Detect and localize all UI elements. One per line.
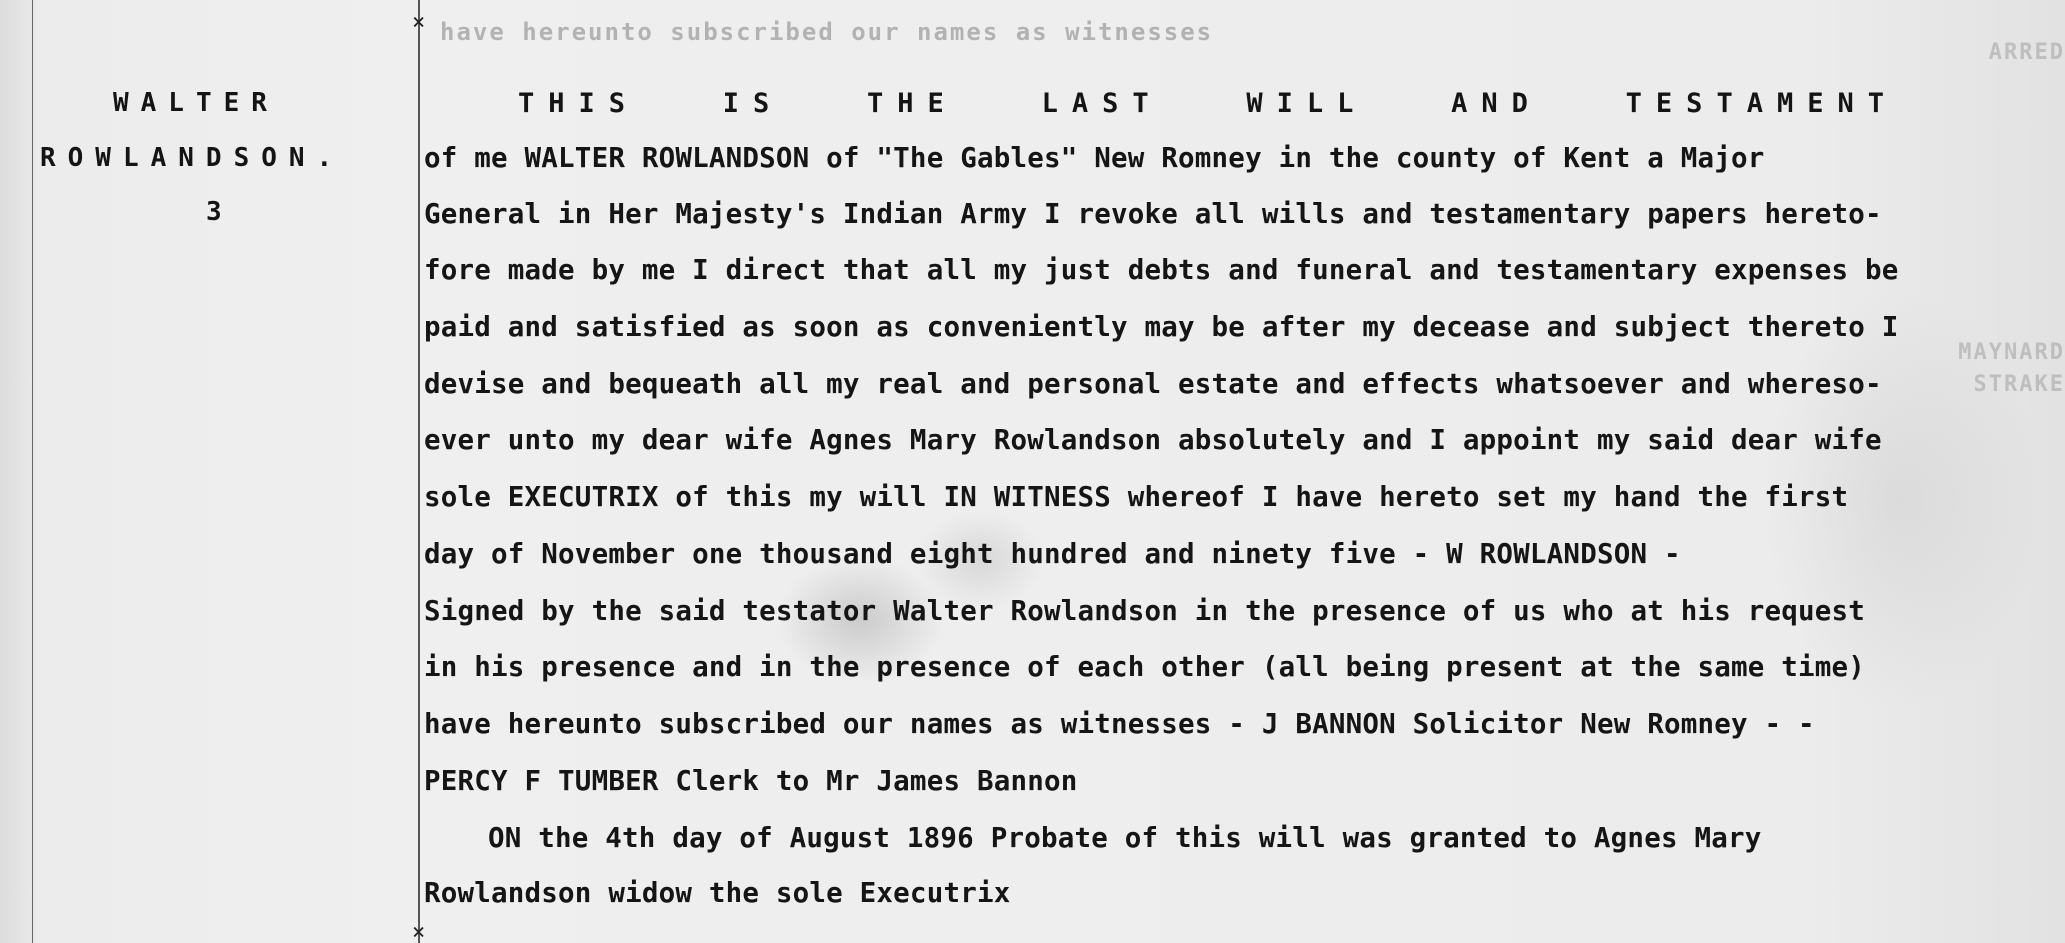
tick-mark-icon: ×	[412, 10, 425, 35]
heading-word: TESTAMENT	[1626, 88, 1898, 119]
bleed-through-text-top: have hereunto subscribed our names as wi…	[440, 18, 1213, 46]
will-text-line: PERCY F TUMBER Clerk to Mr James Bannon	[424, 765, 1078, 797]
will-text-line: General in Her Majesty's Indian Army I r…	[424, 198, 1882, 230]
heading-word: THIS	[518, 88, 639, 119]
will-text-line: sole EXECUTRIX of this my will IN WITNES…	[424, 481, 1848, 513]
margin-testator-first-name: WALTER	[113, 88, 279, 118]
margin-column-rule	[418, 0, 420, 943]
tick-mark-icon: ×	[412, 920, 425, 943]
will-text-line: day of November one thousand eight hundr…	[424, 538, 1681, 570]
probate-grant-line: Rowlandson widow the sole Executrix	[424, 877, 1010, 909]
margin-testator-surname: ROWLANDSON.	[40, 143, 344, 173]
heading-word: THE	[867, 88, 958, 119]
heading-word: IS	[723, 88, 784, 119]
will-text-line: fore made by me I direct that all my jus…	[424, 254, 1899, 286]
will-text-line: in his presence and in the presence of e…	[424, 651, 1865, 683]
bleed-through-text-right: ARRED	[1989, 40, 2065, 65]
will-text-line: paid and satisfied as soon as convenient…	[424, 311, 1899, 343]
margin-entry-number: 3	[206, 197, 222, 227]
bleed-through-text-right: MAYNARD	[1958, 340, 2065, 365]
will-text-line: Signed by the said testator Walter Rowla…	[424, 595, 1865, 627]
left-margin-rule	[32, 0, 33, 943]
heading-word: WILL	[1246, 88, 1367, 119]
heading-word: AND	[1451, 88, 1542, 119]
probate-grant-line: ON the 4th day of August 1896 Probate of…	[488, 822, 1762, 854]
bleed-through-text-right: STRAKE	[1974, 372, 2065, 397]
register-page: have hereunto subscribed our names as wi…	[0, 0, 2065, 943]
heading-word: LAST	[1042, 88, 1163, 119]
will-text-line: have hereunto subscribed our names as wi…	[424, 708, 1815, 740]
will-text-line: devise and bequeath all my real and pers…	[424, 368, 1882, 400]
will-text-line: ever unto my dear wife Agnes Mary Rowlan…	[424, 424, 1882, 456]
will-text-line: of me WALTER ROWLANDSON of "The Gables" …	[424, 142, 1765, 174]
will-heading: THIS IS THE LAST WILL AND TESTAMENT	[518, 88, 1898, 119]
